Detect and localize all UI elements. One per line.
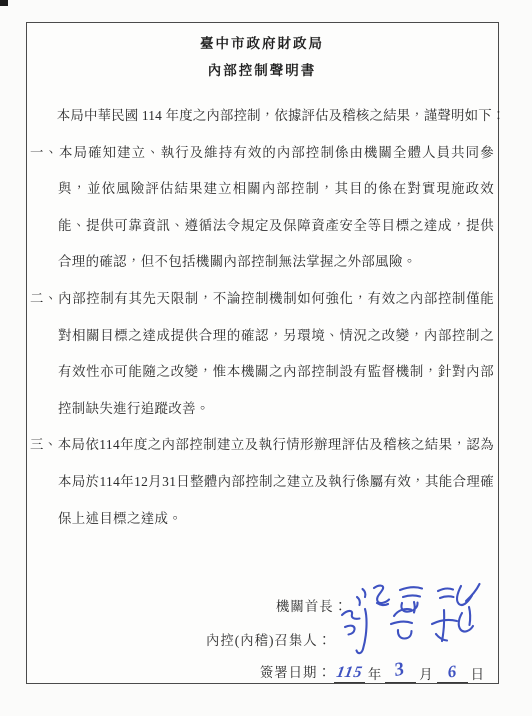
month-blank: 3 xyxy=(385,662,416,683)
item-1-text: 本局確知建立、執行及維持有效的內部控制係由機關全體人員共同參與，並依風險評估結果… xyxy=(58,145,494,270)
day-blank: 6 xyxy=(437,662,468,683)
statement-item-3: 三、本局依114年度之內部控制建立及執行情形辦理評估及稽核之結果，認為本局於11… xyxy=(30,427,494,537)
signing-date-label: 簽署日期： xyxy=(260,663,332,683)
agency-name: 臺中市政府財政局 xyxy=(30,30,494,57)
item-3-text: 本局依114年度之內部控制建立及執行情形辦理評估及稽核之結果，認為本局於114年… xyxy=(58,437,494,525)
statement-document: 臺中市政府財政局 內部控制聲明書 本局中華民國 114 年度之內部控制，依據評估… xyxy=(26,22,499,684)
scanned-document-page: { "colors": { "ink": "#3e52c1", "text": … xyxy=(0,0,532,716)
convener-signature-ink xyxy=(334,603,482,657)
document-type-title: 內部控制聲明書 xyxy=(30,57,494,84)
scan-corner-artifact xyxy=(0,0,8,6)
signature-block: 機關首長： 內控(內稽)召集人： xyxy=(30,583,494,683)
handwritten-year: 115 xyxy=(332,664,366,682)
item-3-number: 三、 xyxy=(30,437,58,452)
statement-item-2: 二、內部控制有其先天限制，不論控制機制如何強化，有效之內部控制僅能對相關目標之達… xyxy=(30,281,494,427)
handwritten-day: 6 xyxy=(436,662,469,683)
document-title: 臺中市政府財政局 內部控制聲明書 xyxy=(30,30,494,84)
year-blank: 115 xyxy=(334,662,365,683)
handwritten-month: 3 xyxy=(383,658,417,682)
item-2-number: 二、 xyxy=(30,291,58,306)
statement-item-1: 一、本局確知建立、執行及維持有效的內部控制係由機關全體人員共同參與，並依風險評估… xyxy=(30,135,494,281)
day-suffix: 日 xyxy=(471,664,485,683)
year-suffix: 年 xyxy=(368,664,382,683)
item-1-number: 一、 xyxy=(30,145,59,160)
document-body: 本局中華民國 114 年度之內部控制，依據評估及稽核之結果，謹聲明如下： 一、本… xyxy=(30,98,494,537)
convener-signature-row: 內控(內稽)召集人： xyxy=(30,617,486,651)
item-2-text: 內部控制有其先天限制，不論控制機制如何強化，有效之內部控制僅能對相關目標之達成提… xyxy=(58,291,494,416)
month-suffix: 月 xyxy=(419,664,433,683)
intro-paragraph: 本局中華民國 114 年度之內部控制，依據評估及稽核之結果，謹聲明如下： xyxy=(30,98,494,135)
convener-label: 內控(內稽)召集人： xyxy=(206,631,332,651)
